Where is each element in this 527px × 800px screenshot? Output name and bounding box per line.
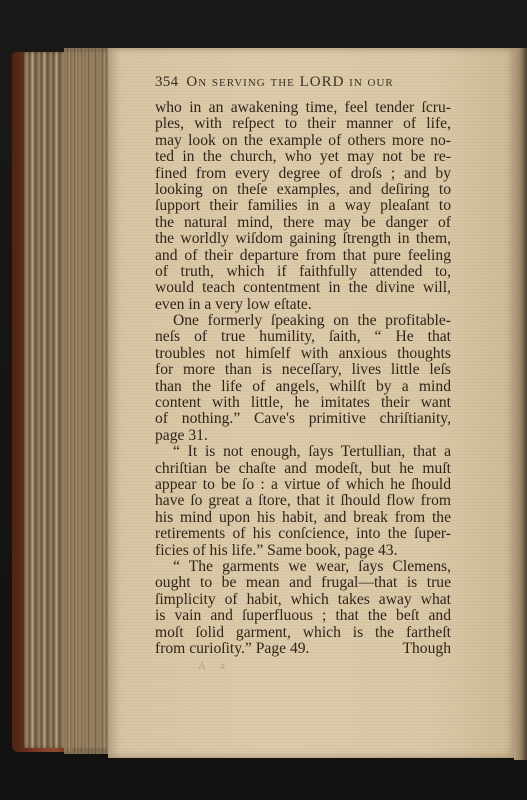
text-line: than the life of angels, whilſt by a min… bbox=[155, 379, 451, 395]
text-line: “ The garments we wear, ſays Clemens, bbox=[155, 559, 451, 575]
text-line: content with little, he imitates their w… bbox=[155, 395, 451, 411]
catchword: Though bbox=[402, 641, 451, 657]
text-line: ſupport their families in a way pleaſant… bbox=[155, 198, 451, 214]
text-line: retirements of his conſcience, into the … bbox=[155, 526, 451, 542]
text-line: fined from every degree of droſs ; and b… bbox=[155, 166, 451, 182]
text-line: One formerly ſpeaking on the profitable- bbox=[155, 313, 451, 329]
text-line: of truth, which if faithfully attended t… bbox=[155, 264, 451, 280]
text-line: of nothing.” Cave's primitive chriſtiani… bbox=[155, 411, 451, 427]
text-line: “ It is not enough, ſays Tertullian, tha… bbox=[155, 444, 451, 460]
text-line: ted in the church, who yet may not be re… bbox=[155, 149, 451, 165]
page-edge-right bbox=[514, 48, 527, 760]
text-line: ples, with reſpect to their manner of li… bbox=[155, 116, 451, 132]
text-line: and of their departure from that pure fe… bbox=[155, 248, 451, 264]
text-line: ought to be mean and frugal—that is true bbox=[155, 575, 451, 591]
text-line: his mind upon his habit, and break from … bbox=[155, 510, 451, 526]
text-line: looking on theſe examples, and deſiring … bbox=[155, 182, 451, 198]
text-line: ſimplicity of habit, which takes away wh… bbox=[155, 592, 451, 608]
text-line: the natural mind, there may be danger of bbox=[155, 215, 451, 231]
page-text: 354 On serving the LORD in our who in an… bbox=[155, 74, 451, 657]
signature-mark: A a bbox=[198, 660, 231, 672]
text-line-with-catchword: from curioſity.” Page 49. Though bbox=[155, 641, 451, 657]
text-line: who in an awakening time, feel tender ſc… bbox=[155, 100, 451, 116]
text-line: may look on the example of others more n… bbox=[155, 133, 451, 149]
running-head-title: On serving the LORD in our bbox=[186, 74, 393, 90]
page-stack-inner bbox=[64, 48, 108, 754]
text-line: the worldly wiſdom gaining ſtrength in t… bbox=[155, 231, 451, 247]
text-line: for more than is neceſſary, lives little… bbox=[155, 362, 451, 378]
text-line: ficies of his life.” Same book, page 43. bbox=[155, 543, 451, 559]
text-line: troubles not himſelf with anxious though… bbox=[155, 346, 451, 362]
book-page: 354 On serving the LORD in our who in an… bbox=[108, 48, 514, 758]
text-line: have ſo great a ſtore, that it ſhould fl… bbox=[155, 493, 451, 509]
running-head: 354 On serving the LORD in our bbox=[155, 74, 451, 96]
text-line: page 31. bbox=[155, 428, 451, 444]
text-line: would teach contentment in the divine wi… bbox=[155, 280, 451, 296]
text-line: moſt ſolid garment, which is the fartheſ… bbox=[155, 625, 451, 641]
text-line: even in a very low eſtate. bbox=[155, 297, 451, 313]
text-line: chriſtian be chaſte and modeſt, but he m… bbox=[155, 461, 451, 477]
text-line: from curioſity.” Page 49. bbox=[155, 640, 309, 657]
text-line: appear to be ſo : a virtue of which he ſ… bbox=[155, 477, 451, 493]
text-line: neſs of true humility, ſaith, “ He that bbox=[155, 329, 451, 345]
page-number: 354 bbox=[155, 74, 178, 90]
text-line: is vain and ſuperfluous ; that the beſt … bbox=[155, 608, 451, 624]
